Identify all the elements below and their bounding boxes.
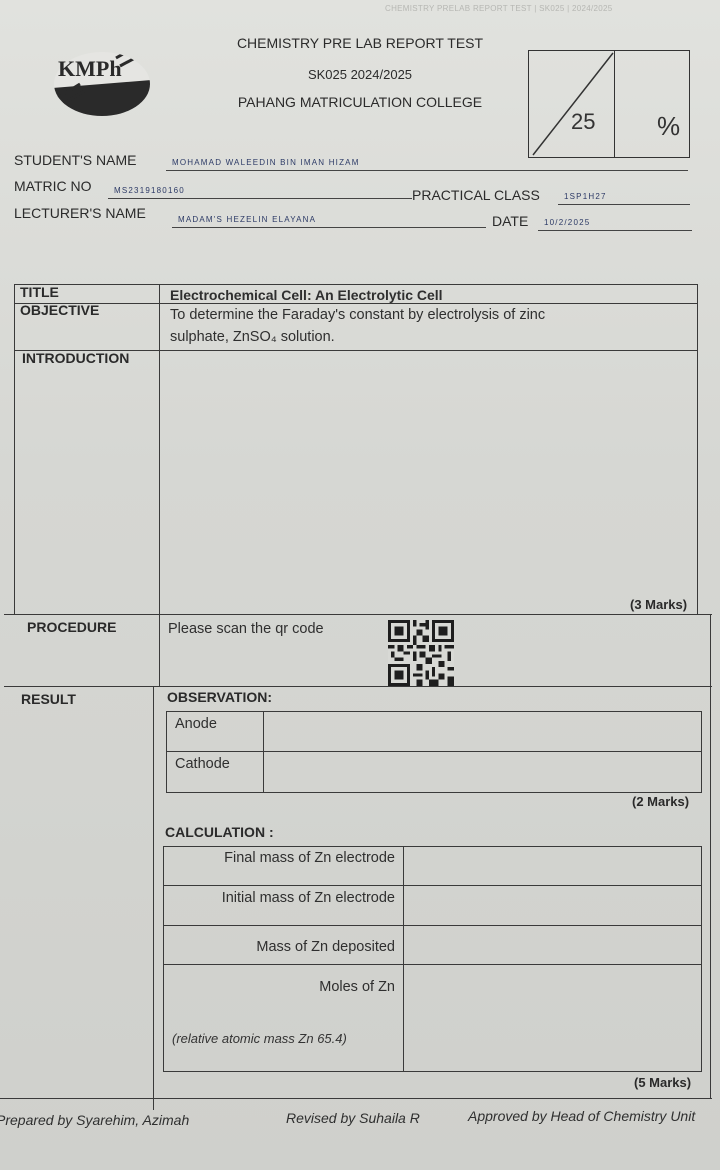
- score-total: 25: [571, 109, 595, 135]
- score-box: 25 %: [528, 50, 690, 158]
- college-logo: KMPh: [52, 44, 152, 116]
- final-mass-input[interactable]: [405, 847, 701, 884]
- report-header: CHEMISTRY PRE LAB REPORT TEST SK025 2024…: [210, 36, 510, 109]
- lecturer-name-label: LECTURER'S NAME: [14, 205, 146, 221]
- result-label: RESULT: [21, 691, 76, 707]
- procedure-label: PROCEDURE: [27, 619, 116, 635]
- revised-by: Revised by Suhaila R: [286, 1110, 420, 1126]
- anode-observation-input[interactable]: [265, 712, 701, 750]
- lecturer-name-field[interactable]: MADAM'S HEZELIN ELAYANA: [172, 213, 486, 228]
- matric-no-label: MATRIC NO: [14, 178, 92, 194]
- observation-row-anode-label: Anode: [175, 716, 217, 732]
- lab-report-sheet: CHEMISTRY PRELAB REPORT TEST | SK025 | 2…: [0, 0, 720, 1170]
- matric-no-field[interactable]: MS2319180160: [108, 184, 412, 199]
- calculation-heading: CALCULATION :: [165, 824, 274, 840]
- calculation-table: Final mass of Zn electrode Initial mass …: [163, 846, 702, 1072]
- cathode-observation-input[interactable]: [265, 753, 701, 792]
- date-field[interactable]: 10/2/2025: [538, 216, 692, 231]
- student-name-label: STUDENT'S NAME: [14, 152, 136, 168]
- observation-row-cathode-label: Cathode: [175, 756, 230, 772]
- student-name-field[interactable]: MOHAMAD WALEEDIN BIN IMAN HIZAM: [166, 156, 688, 171]
- introduction-marks: (3 Marks): [630, 597, 687, 612]
- practical-class-label: PRACTICAL CLASS: [412, 187, 540, 203]
- title-label: TITLE: [20, 284, 59, 300]
- score-percent: %: [657, 111, 680, 142]
- calc-label-initial-mass: Initial mass of Zn electrode: [222, 890, 395, 906]
- prepared-by: Prepared by Syarehim, Azimah: [0, 1112, 189, 1128]
- approved-by: Approved by Head of Chemistry Unit: [468, 1108, 695, 1124]
- calc-label-mass-deposited: Mass of Zn deposited: [256, 939, 395, 955]
- course-code: SK025 2024/2025: [210, 68, 510, 81]
- observation-heading: OBSERVATION:: [167, 689, 272, 705]
- objective-line-1: To determine the Faraday's constant by e…: [170, 307, 545, 323]
- initial-mass-input[interactable]: [405, 887, 701, 924]
- procedure-qr-code[interactable]: [388, 620, 454, 686]
- svg-text:KMPh: KMPh: [58, 56, 122, 81]
- date-label: DATE: [492, 213, 528, 229]
- practical-class-field[interactable]: 1SP1H27: [558, 190, 690, 205]
- moles-zn-input[interactable]: [405, 966, 701, 1071]
- procedure-text: Please scan the qr code: [168, 621, 324, 637]
- objective-line-2: sulphate, ZnSO₄ solution.: [170, 329, 335, 345]
- introduction-answer-area[interactable]: [162, 354, 694, 594]
- observation-marks: (2 Marks): [632, 794, 689, 809]
- calc-note-atomic-mass: (relative atomic mass Zn 65.4): [172, 1031, 347, 1046]
- calculation-marks: (5 Marks): [634, 1075, 691, 1090]
- calc-label-moles-zn: Moles of Zn: [319, 979, 395, 995]
- running-header: CHEMISTRY PRELAB REPORT TEST | SK025 | 2…: [385, 4, 613, 13]
- calc-label-final-mass: Final mass of Zn electrode: [224, 850, 395, 866]
- introduction-label: INTRODUCTION: [22, 350, 129, 366]
- title-value: Electrochemical Cell: An Electrolytic Ce…: [170, 287, 443, 303]
- objective-label: OBJECTIVE: [20, 302, 99, 318]
- report-title: CHEMISTRY PRE LAB REPORT TEST: [210, 36, 510, 50]
- mass-deposited-input[interactable]: [405, 927, 701, 963]
- observation-table: Anode Cathode: [166, 711, 702, 793]
- institution-name: PAHANG MATRICULATION COLLEGE: [210, 95, 510, 109]
